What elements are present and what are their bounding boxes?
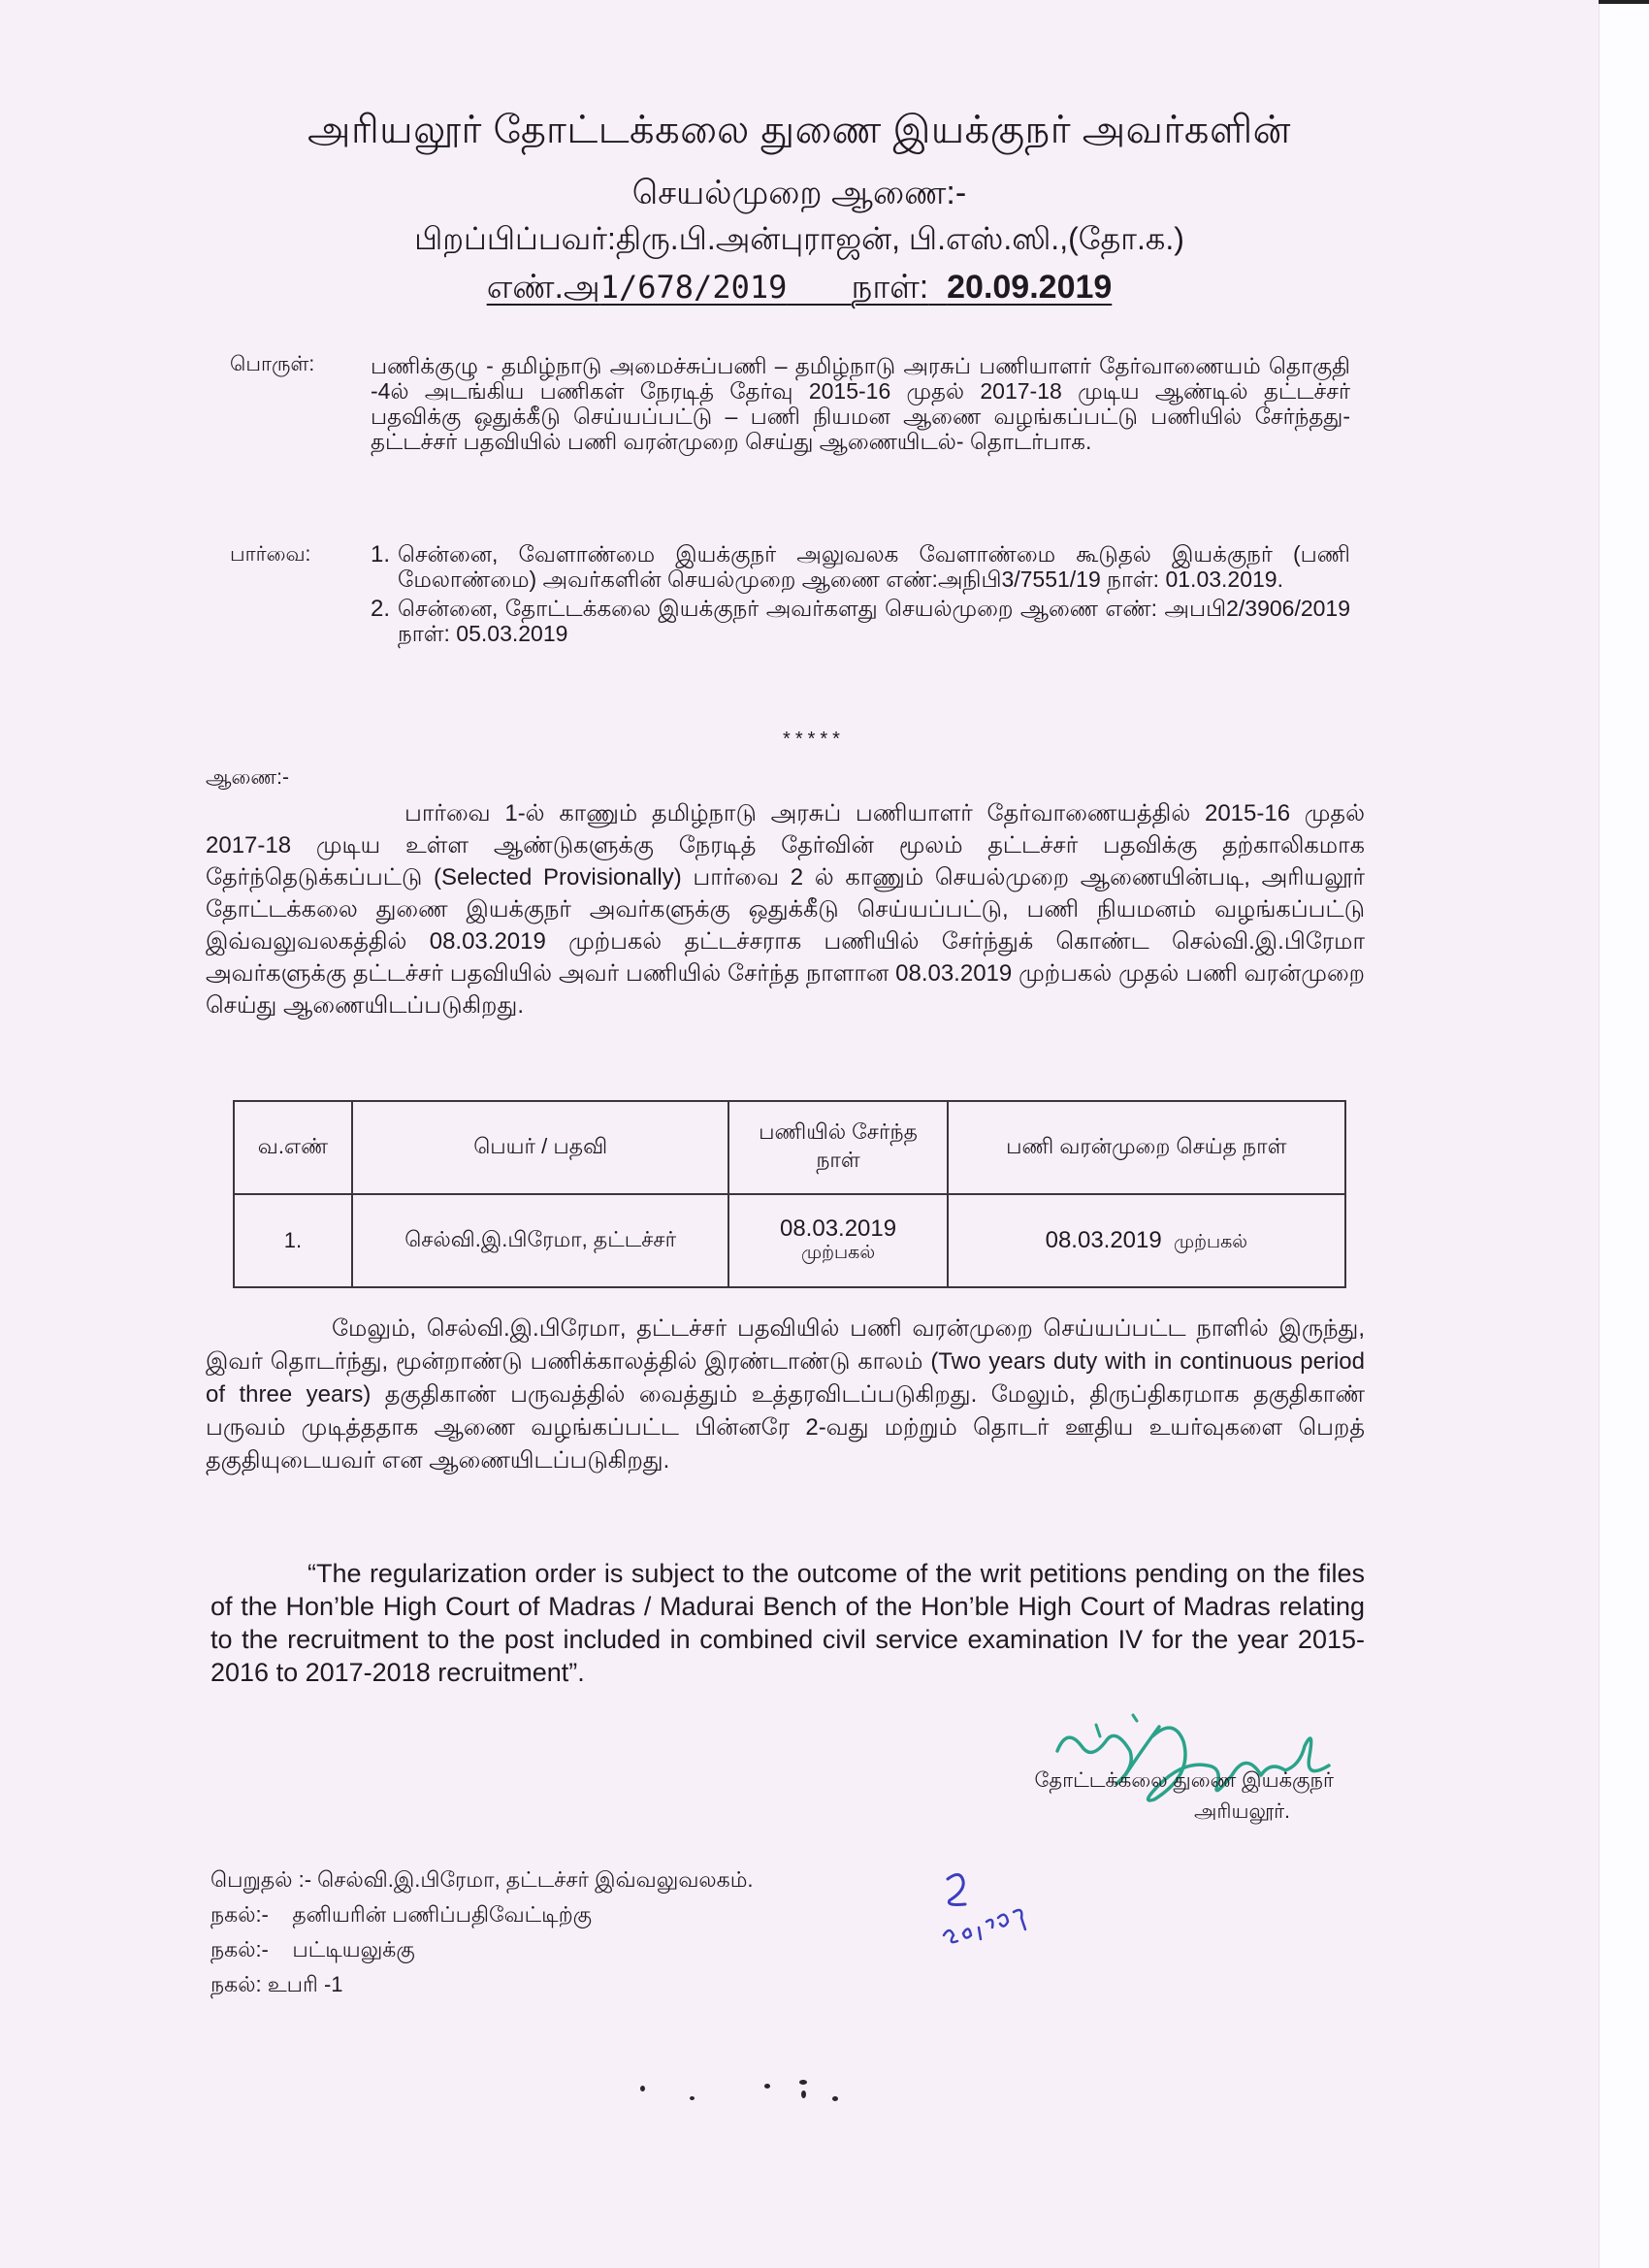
scan-speck (640, 2086, 645, 2091)
references-list: 1. சென்னை, வேளாண்மை இயக்குநர் அலுவலக வேள… (371, 541, 1350, 650)
reference-item: 2. சென்னை, தோட்டக்கலை இயக்குநர் அவர்களது… (371, 596, 1350, 646)
probation-paragraph: மேலும், செல்வி.இ.பிரேமா, தட்டச்சர் பதவிய… (206, 1312, 1365, 1477)
column-header: பணி வரன்முறை செய்த நாள் (948, 1101, 1345, 1194)
table-row: 1. செல்வி.இ.பிரேமா, தட்டச்சர் 08.03.2019… (234, 1194, 1345, 1287)
column-header: பெயர் / பதவி (352, 1101, 729, 1194)
issuer-line: பிறப்பிப்பவர்:திரு.பி.அன்புராஜன், பி.எஸ்… (0, 221, 1599, 261)
column-header: வ.எண் (234, 1101, 352, 1194)
reference-item: 1. சென்னை, வேளாண்மை இயக்குநர் அலுவலக வேள… (371, 541, 1350, 592)
serial-number-cell: 1. (234, 1194, 352, 1287)
scan-speck (690, 2096, 695, 2100)
signatory-designation: தோட்டக்கலை துணை இயக்குநர் (931, 1766, 1339, 1797)
date-label: நாள்: (852, 269, 929, 306)
subject-text: பணிக்குழு - தமிழ்நாடு அமைச்சுப்பணி – தமி… (371, 353, 1350, 454)
reference-number: எண்.அ1/678/2019 நாள்: 20.09.2019 (487, 269, 1113, 306)
subject-label: பொருள்: (230, 353, 314, 378)
handwritten-initial-icon (936, 1867, 1043, 1955)
document-subtitle: செயல்முறை ஆணை:- (0, 175, 1599, 216)
order-label: ஆணை:- (206, 766, 289, 792)
distribution-item: நகல்:- தனியரின் பணிப்பதிவேட்டிற்கு (210, 1897, 754, 1932)
distribution-item: நகல்: உபரி -1 (210, 1967, 754, 2002)
regularization-table: வ.எண் பெயர் / பதவி பணியில் சேர்ந்த நாள் … (233, 1100, 1346, 1288)
table-header-row: வ.எண் பெயர் / பதவி பணியில் சேர்ந்த நாள் … (234, 1101, 1345, 1194)
references-label: பார்வை: (230, 543, 310, 568)
scan-speck (764, 2084, 770, 2089)
scan-speck (799, 2080, 807, 2085)
section-separator: ***** (0, 729, 1599, 751)
scan-speck (801, 2090, 806, 2098)
distribution-item: நகல்:- பட்டியலுக்கு (210, 1932, 754, 1967)
column-header: பணியில் சேர்ந்த நாள் (728, 1101, 947, 1194)
order-date: 20.09.2019 (947, 269, 1112, 306)
distribution-item: பெறுதல் :- செல்வி.இ.பிரேமா, தட்டச்சர் இவ… (210, 1863, 754, 1897)
reference-line: எண்.அ1/678/2019 நாள்: 20.09.2019 (0, 269, 1599, 310)
name-post-cell: செல்வி.இ.பிரேமா, தட்டச்சர் (352, 1194, 729, 1287)
scan-edge (1599, 0, 1649, 4)
order-body: பார்வை 1-ல் காணும் தமிழ்நாடு அரசுப் பணிய… (206, 797, 1365, 1021)
signatory-block: தோட்டக்கலை துணை இயக்குநர் அரியலூர். (931, 1766, 1339, 1828)
distribution-list: பெறுதல் :- செல்வி.இ.பிரேமா, தட்டச்சர் இவ… (210, 1863, 754, 2002)
regularized-date-cell: 08.03.2019 முற்பகல் (948, 1194, 1345, 1287)
court-note: “The regularization order is subject to … (210, 1557, 1365, 1689)
signatory-place: அரியலூர். (931, 1797, 1339, 1828)
scan-background (1599, 0, 1649, 2268)
document-title: அரியலூர் தோட்டக்கலை துணை இயக்குநர் அவர்க… (0, 109, 1599, 157)
joining-date-cell: 08.03.2019 முற்பகல் (728, 1194, 947, 1287)
scan-speck (832, 2096, 838, 2101)
